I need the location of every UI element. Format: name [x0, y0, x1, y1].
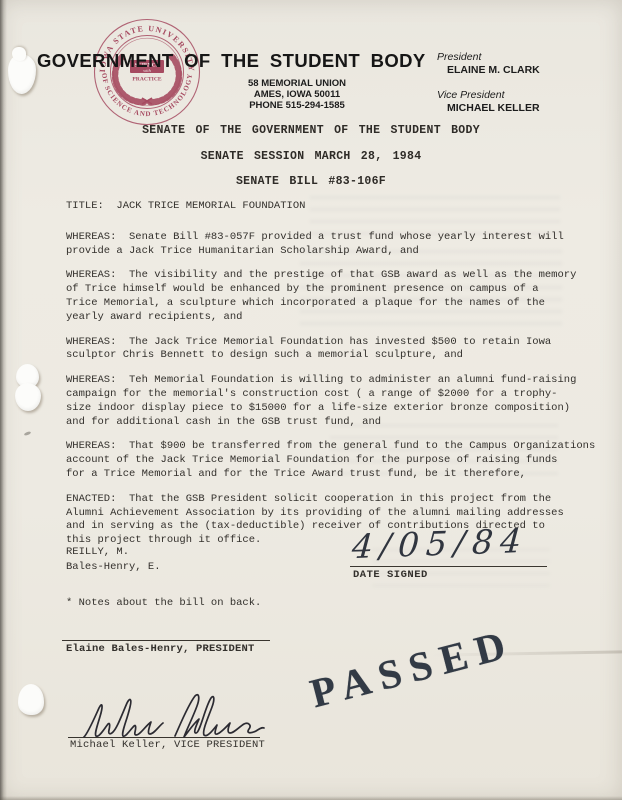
enacted-clause: ENACTED: That the GSB President solicit … [66, 493, 618, 548]
handwritten-date: 4/05/84 [351, 521, 530, 566]
punch-hole-bottom [18, 684, 44, 715]
scan-edge-shadow [0, 0, 7, 800]
whereas-clause: WHEREAS: The visibility and the prestige… [66, 269, 618, 324]
date-signed-label: DATE SIGNED [353, 569, 428, 581]
bill-title: TITLE: JACK TRICE MEMORIAL FOUNDATION [66, 200, 618, 214]
whereas-clause: WHEREAS: Senate Bill #83-057F provided a… [66, 231, 618, 259]
address-line: AMES, IOWA 50011 [226, 90, 368, 101]
punch-hole-top [8, 54, 36, 94]
bill-note: * Notes about the bill on back. [66, 597, 261, 609]
paper-speck [24, 431, 32, 436]
date-signed-line [350, 566, 547, 567]
officer-name: ELAINE M. CLARK [437, 64, 540, 76]
whereas-clause: WHEREAS: Teh Memorial Foundation is will… [66, 374, 618, 429]
seal-center-bottom: PRACTICE [132, 77, 161, 83]
officer-title: President [437, 51, 540, 63]
passed-stamp: PASSED [274, 611, 549, 726]
officer-vice-president: Vice President MICHAEL KELLER [437, 89, 540, 114]
heading-session: SENATE SESSION MARCH 28, 1984 [0, 150, 622, 163]
letterhead-address: 58 MEMORIAL UNION AMES, IOWA 50011 PHONE… [226, 79, 368, 111]
heading-bill-number: SENATE BILL #83-106F [0, 175, 622, 188]
president-signature-label: Elaine Bales-Henry, PRESIDENT [66, 643, 255, 655]
sponsor-names: REILLY, M. Bales-Henry, E. [66, 545, 161, 574]
officer-name: MICHAEL KELLER [437, 102, 540, 114]
president-signature-line [62, 640, 270, 641]
whereas-clause: WHEREAS: The Jack Trice Memorial Foundat… [66, 336, 618, 364]
officer-title: Vice President [437, 89, 540, 101]
bill-body: TITLE: JACK TRICE MEMORIAL FOUNDATION WH… [66, 200, 618, 559]
university-seal: IOWA STATE UNIVERSITY OF SCIENCE AND TEC… [92, 16, 202, 133]
organization-name: GOVERNMENT OF THE STUDENT BODY [37, 50, 426, 72]
scanned-senate-bill-document: IOWA STATE UNIVERSITY OF SCIENCE AND TEC… [0, 0, 622, 800]
address-line: PHONE 515-294-1585 [226, 101, 368, 112]
scan-edge-shadow-bottom [0, 796, 622, 800]
punch-hole-middle [15, 383, 41, 411]
officer-president: President ELAINE M. CLARK [437, 51, 540, 76]
whereas-clause: WHEREAS: That $900 be transferred from t… [66, 440, 618, 481]
officers-block: President ELAINE M. CLARK Vice President… [437, 51, 540, 127]
vice-president-signature [78, 692, 266, 749]
